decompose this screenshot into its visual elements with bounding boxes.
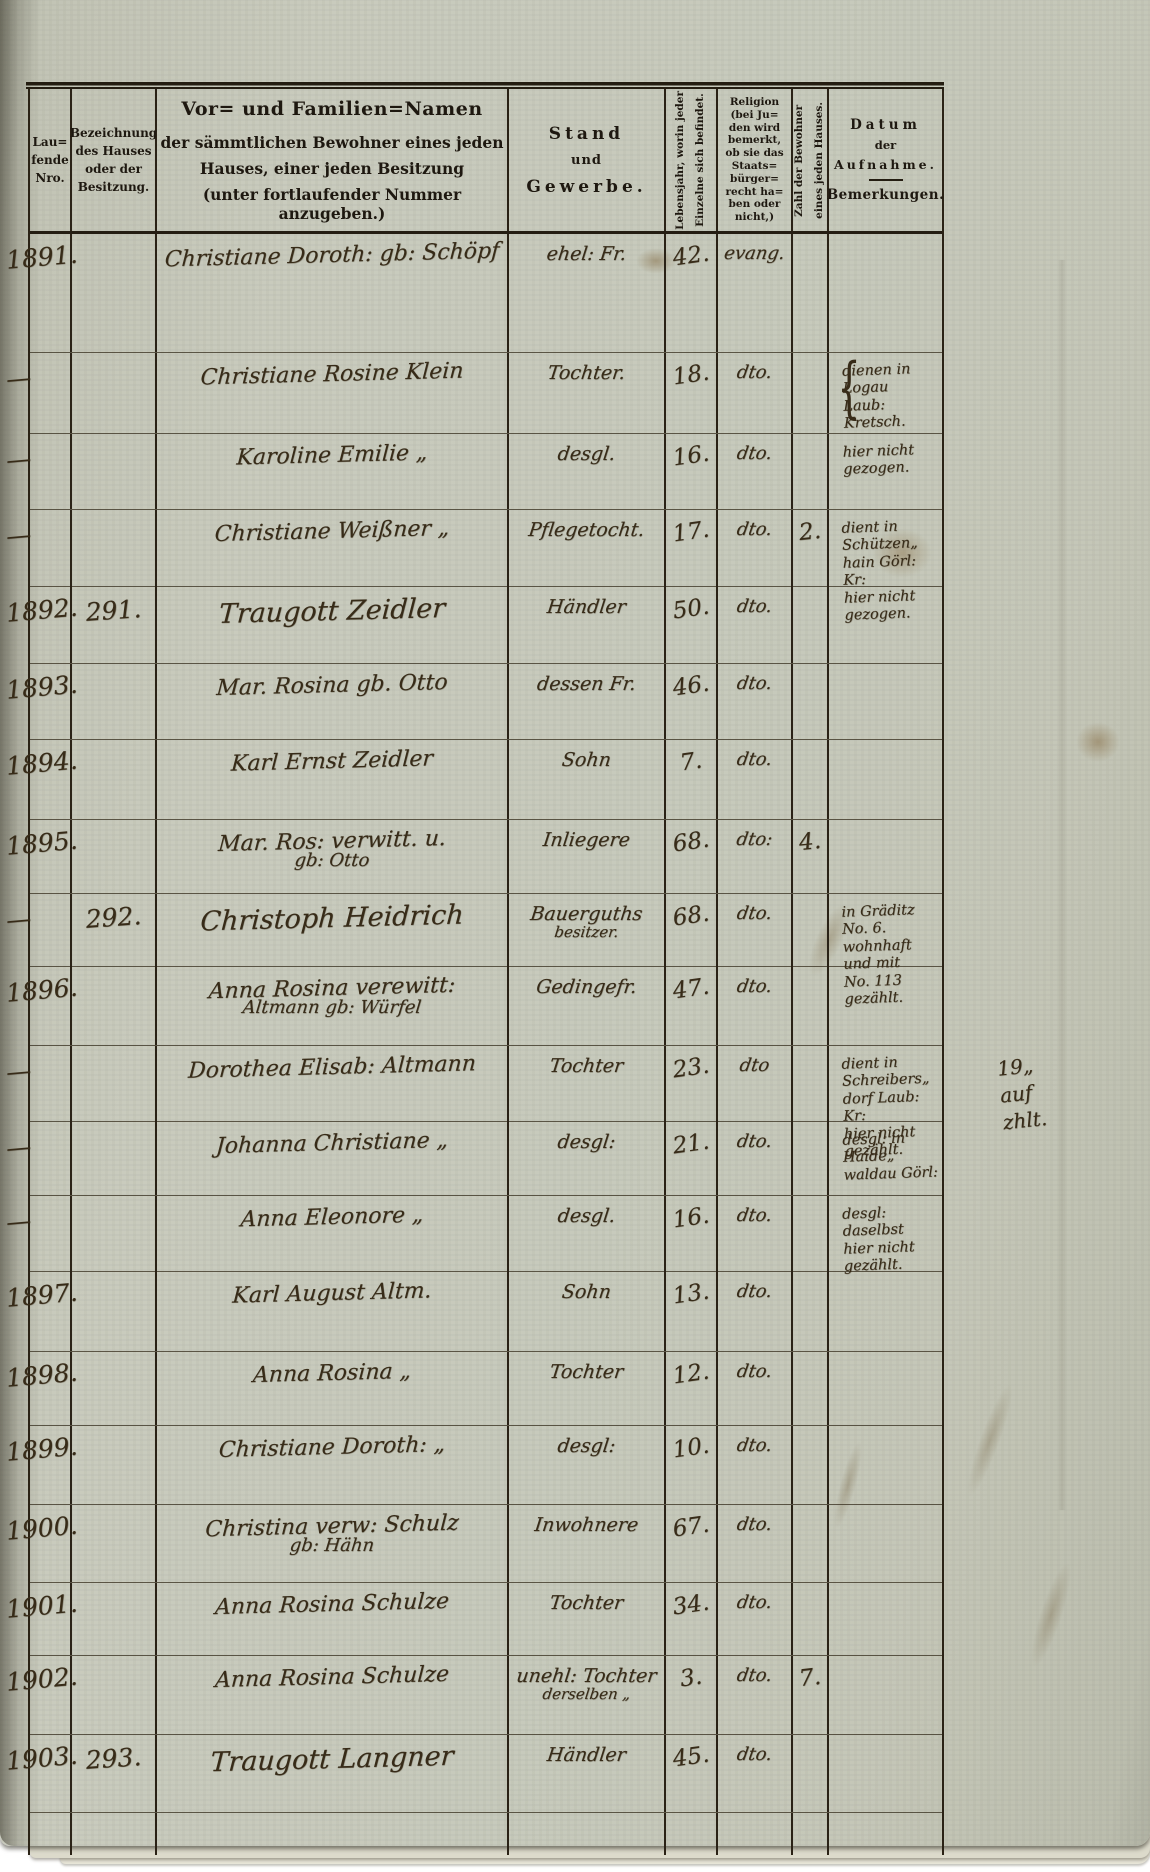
resident-name: Karl Ernst Zeidler (156, 744, 507, 778)
age-cell: 46. (666, 664, 718, 739)
name-cell: Christiane Rosine Klein (157, 353, 509, 433)
name-cell: Christiane Doroth: gb: Schöpf (157, 234, 509, 352)
header-divider (869, 179, 903, 181)
laufende-nro-cell: 1898. (30, 1352, 72, 1425)
religion-cell: dto. (718, 1735, 793, 1812)
house-number: 293. (71, 1741, 156, 1776)
header-religion-label: Religion (bei Ju= den wird bemerkt, ob s… (725, 96, 783, 224)
house-nro-cell (72, 1196, 157, 1275)
laufende-nro-cell: 1892. (30, 587, 72, 663)
laufende-number: — (5, 1202, 71, 1236)
house-nro-cell (72, 1583, 157, 1655)
laufende-number: 1900. (5, 1511, 71, 1545)
name-cell: Karoline Emilie „ (157, 434, 509, 509)
remarks-cell (829, 1505, 942, 1582)
house-number (72, 440, 155, 446)
remark-text (843, 1663, 942, 1666)
stand-cell: Tochter (509, 1352, 666, 1425)
house-number (72, 670, 155, 676)
occupation: Pflegetocht. (508, 519, 666, 541)
stand-cell: Sohn (509, 740, 666, 819)
religion-cell: dto. (718, 1426, 793, 1504)
remark-text (843, 241, 942, 244)
inhabitant-count: 2. (792, 517, 829, 546)
occupation: Bauerguths (508, 903, 666, 925)
laufende-number: — (5, 440, 71, 474)
inhabitant-count (793, 1820, 827, 1824)
religion-cell: dto: (718, 820, 793, 893)
age-value: 18. (664, 359, 717, 392)
stand-cell: Inliegere (509, 820, 666, 893)
age-value: 16. (664, 440, 717, 473)
remark-text (843, 1742, 942, 1745)
house-nro-cell (72, 353, 157, 433)
laufende-nro-cell: 1901. (30, 1583, 72, 1655)
count-cell: 7. (793, 1656, 829, 1734)
laufende-nro-cell (30, 1813, 72, 1855)
age-cell: 42. (666, 234, 718, 352)
house-number (72, 973, 155, 979)
inhabitant-count (793, 1203, 827, 1207)
remarks-cell (829, 1426, 942, 1504)
occupation: Händler (508, 1744, 666, 1766)
occupation: Inwohnere (508, 1514, 666, 1536)
count-cell (793, 353, 829, 433)
laufende-number: 1902. (5, 1662, 71, 1696)
header-stand-gewerbe: Stand und Gewerbe. (509, 89, 666, 231)
remark-text: hier nicht gezogen. (842, 441, 942, 479)
count-cell (793, 740, 829, 819)
count-cell (793, 1813, 829, 1855)
house-number (72, 1819, 155, 1825)
occupation: Gedingefr. (508, 976, 666, 998)
laufende-nro-cell: — (30, 1122, 72, 1195)
laufende-nro-cell: 1899. (30, 1426, 72, 1504)
remarks-cell (829, 1583, 942, 1655)
name-cell: Anna Rosina Schulze (157, 1656, 509, 1734)
laufende-number: 1898. (5, 1358, 71, 1392)
paper-crease (1058, 260, 1066, 1510)
register-row: 1891. Christiane Doroth: gb: Schöpf ehel… (30, 234, 942, 353)
register-row: 1893. Mar. Rosina gb. Otto dessen Fr. 46… (30, 664, 942, 740)
remarks-cell (829, 1352, 942, 1425)
age-value: 42. (664, 240, 717, 273)
house-number (72, 359, 155, 365)
occupation: Tochter (508, 1592, 666, 1614)
name-cell (157, 1813, 509, 1855)
house-number (72, 1662, 155, 1668)
stand-cell: Sohn (509, 1272, 666, 1351)
stand-cell: unehl: Tochter derselben „ (509, 1656, 666, 1734)
age-value: 45. (664, 1741, 717, 1774)
header-stand-word: Stand (549, 124, 624, 144)
header-lebensjahr-label: Lebensjahr, worin jeder Einzelne sich be… (671, 91, 711, 230)
register-row: — Karoline Emilie „ desgl. 16. dto. hier (30, 434, 942, 510)
laufende-number: 1897. (5, 1278, 71, 1312)
register-row: 1897. Karl August Altm. Sohn 13. dto. (30, 1272, 942, 1352)
religion-value: dto: (716, 829, 792, 850)
laufende-number: 1901. (5, 1589, 71, 1623)
remark-text: desgl: in Haide„ waldau Görl: (842, 1129, 943, 1185)
occupation: desgl. (508, 1205, 666, 1227)
resident-name: Traugott Zeidler (156, 591, 508, 631)
count-cell (793, 234, 829, 352)
house-number (72, 1511, 155, 1517)
remarks-cell (829, 1272, 942, 1351)
occupation-line2: besitzer. (508, 923, 665, 941)
house-nro-cell (72, 967, 157, 1045)
laufende-nro-cell: 1893. (30, 664, 72, 739)
house-number (72, 1358, 155, 1364)
laufende-nro-cell: 1902. (30, 1656, 72, 1734)
name-cell: Karl August Altm. (157, 1272, 509, 1351)
count-cell (793, 1196, 829, 1275)
age-cell: 45. (666, 1735, 718, 1812)
laufende-nro-cell: 1894. (30, 740, 72, 819)
occupation: desgl: (508, 1435, 666, 1457)
header-aufnahme-word: Aufnahme. (834, 157, 937, 172)
age-cell: 3. (666, 1656, 718, 1734)
occupation: Tochter. (508, 362, 666, 384)
religion-value: dto. (716, 1131, 792, 1152)
laufende-nro-cell: — (30, 1196, 72, 1275)
header-namen-sub1: der sämmtlichen Bewohner eines jeden (160, 133, 503, 152)
scanned-register-page: Lau= fende Nro. Bezeichnung des Hauses o… (0, 0, 1150, 1872)
religion-value: dto. (716, 1514, 792, 1535)
age-value: 47. (664, 973, 717, 1006)
register-row: 1894. Karl Ernst Zeidler Sohn 7. dto. (30, 740, 942, 820)
remarks-cell (829, 234, 942, 352)
name-cell: Traugott Zeidler (157, 587, 509, 663)
age-value: 46. (664, 670, 717, 703)
header-der-word: der (875, 138, 896, 152)
house-nro-cell (72, 664, 157, 739)
house-nro-cell (72, 1505, 157, 1582)
remark-text (843, 1820, 942, 1823)
age-value: 12. (664, 1358, 717, 1391)
house-number (72, 1589, 155, 1595)
table-top-double-rule (26, 82, 944, 89)
house-nro-cell (72, 1352, 157, 1425)
header-laufende-nro: Lau= fende Nro. (30, 89, 72, 231)
resident-name: Anna Rosina Schulze (156, 1660, 507, 1694)
occupation: Sohn (508, 1281, 666, 1303)
remark-text (843, 1359, 942, 1362)
religion-value: dto. (716, 1592, 792, 1613)
count-cell (793, 434, 829, 509)
house-number (72, 1052, 155, 1058)
register-row: — Dorothea Elisab: Altmann Tochter 23. d… (30, 1046, 942, 1122)
house-nro-cell (72, 1272, 157, 1351)
name-cell: Christiane Doroth: „ (157, 1426, 509, 1504)
register-row: 1901. Anna Rosina Schulze Tochter 34. dt… (30, 1583, 942, 1656)
inhabitant-count (793, 747, 827, 751)
occupation: desgl: (508, 1131, 666, 1153)
remark-text (843, 827, 942, 830)
age-value: 3. (664, 1662, 717, 1695)
brace-mark: { (837, 355, 860, 421)
register-rows: 1891. Christiane Doroth: gb: Schöpf ehel… (30, 234, 942, 1855)
inhabitant-count: 4. (792, 827, 829, 856)
age-value: 17. (664, 516, 717, 549)
inhabitant-count (793, 901, 827, 905)
remarks-cell (829, 1735, 942, 1812)
remarks-cell: hier nicht gezogen. (829, 434, 942, 509)
age-value: 68. (664, 900, 717, 933)
resident-name: Anna Rosina „ (156, 1356, 507, 1390)
count-cell (793, 664, 829, 739)
religion-value: dto. (716, 362, 792, 383)
inhabitant-count (793, 1053, 827, 1057)
laufende-number: 1895. (5, 826, 71, 860)
remark-text (843, 1433, 942, 1436)
age-cell: 50. (666, 587, 718, 663)
register-row: 1902. Anna Rosina Schulze unehl: Tochter… (30, 1656, 942, 1735)
remarks-cell (829, 1813, 942, 1855)
inhabitant-count (793, 1359, 827, 1363)
house-nro-cell (72, 1656, 157, 1734)
occupation-line2: derselben „ (508, 1685, 665, 1703)
religion-value: dto. (716, 673, 792, 694)
resident-name: Dorothea Elisab: Altmann (156, 1050, 507, 1084)
resident-name: Christoph Heidrich (156, 898, 508, 938)
house-number (72, 1202, 155, 1208)
age-cell: 21. (666, 1122, 718, 1195)
header-religion: Religion (bei Ju= den wird bemerkt, ob s… (718, 89, 793, 231)
house-number (72, 1128, 155, 1134)
name-cell: Mar. Ros: verwitt. u. gb: Otto (157, 820, 509, 893)
count-cell (793, 1505, 829, 1582)
laufende-nro-cell: 1897. (30, 1272, 72, 1351)
resident-name: Karoline Emilie „ (156, 438, 507, 472)
inhabitant-count (793, 360, 827, 364)
name-cell: Anna Rosina verewitt: Altmann gb: Würfel (157, 967, 509, 1045)
header-namen-sub2: Hauses, einer jeden Besitzung (200, 159, 464, 178)
house-nro-cell (72, 1813, 157, 1855)
resident-name-line2: gb: Hähn (156, 1535, 508, 1556)
laufende-number: 1899. (5, 1432, 71, 1466)
occupation: unehl: Tochter (508, 1665, 666, 1687)
count-cell (793, 1352, 829, 1425)
header-laufende-label: Lau= fende Nro. (31, 133, 69, 187)
inhabitant-count: 7. (792, 1663, 829, 1692)
stand-cell: Inwohnere (509, 1505, 666, 1582)
stand-cell: dessen Fr. (509, 664, 666, 739)
laufende-nro-cell: — (30, 434, 72, 509)
religion-value: dto (716, 1055, 792, 1076)
house-number (72, 1432, 155, 1438)
census-register-table: Lau= fende Nro. Bezeichnung des Hauses o… (28, 89, 944, 1855)
name-cell: Christina verw: Schulz gb: Hähn (157, 1505, 509, 1582)
stand-cell: desgl: (509, 1122, 666, 1195)
religion-value: dto. (716, 443, 792, 464)
resident-name: Christiane Doroth: „ (156, 1430, 507, 1464)
religion-value: evang. (716, 243, 792, 264)
religion-cell: dto. (718, 1122, 793, 1195)
remarks-cell: { dienen in Logau Laub: Kretsch. (829, 353, 942, 433)
header-hausbezeichnung: Bezeichnung des Hauses oder der Besitzun… (72, 89, 157, 231)
remarks-cell (829, 967, 942, 1045)
age-value: 67. (664, 1511, 717, 1544)
age-value: 21. (664, 1128, 717, 1161)
occupation: Tochter (508, 1361, 666, 1383)
laufende-nro-cell: 1903. (30, 1735, 72, 1812)
inhabitant-count (793, 241, 827, 245)
stand-cell: Tochter. (509, 353, 666, 433)
remark-text (843, 974, 942, 977)
house-number (72, 826, 155, 832)
remark-text (843, 594, 942, 597)
age-value: 23. (664, 1052, 717, 1085)
occupation: desgl. (508, 443, 666, 465)
occupation: Tochter (508, 1055, 666, 1077)
inhabitant-count (793, 1279, 827, 1283)
religion-value: dto. (716, 903, 792, 924)
laufende-number: 1896. (5, 973, 71, 1007)
remark-text (843, 671, 942, 674)
stand-cell: desgl: (509, 1426, 666, 1504)
header-bemerkungen-label: Bemerkungen. (827, 187, 945, 203)
religion-value: dto. (716, 1435, 792, 1456)
age-value (666, 1819, 716, 1826)
register-row: — Christiane Rosine Klein Tochter. 18. d… (30, 353, 942, 434)
register-row: 1900. Christina verw: Schulz gb: Hähn In… (30, 1505, 942, 1583)
count-cell (793, 1122, 829, 1195)
resident-name: Christiane Doroth: gb: Schöpf (156, 238, 507, 272)
house-number (72, 240, 155, 246)
religion-cell: dto. (718, 967, 793, 1045)
religion-cell: dto. (718, 587, 793, 663)
register-row: 1899. Christiane Doroth: „ desgl: 10. dt… (30, 1426, 942, 1505)
religion-value: dto. (716, 1281, 792, 1302)
laufende-nro-cell: 1895. (30, 820, 72, 893)
header-gewerbe-word: Gewerbe. (526, 177, 646, 197)
remarks-cell (829, 820, 942, 893)
laufende-number: — (5, 359, 71, 393)
age-value: 7. (664, 746, 717, 779)
resident-name: Karl August Altm. (156, 1276, 507, 1310)
laufende-number: — (5, 1052, 71, 1086)
header-namen: Vor= und Familien=Namen der sämmtlichen … (157, 89, 509, 231)
house-number (72, 516, 155, 522)
count-cell (793, 1583, 829, 1655)
religion-cell: dto. (718, 740, 793, 819)
religion-cell: dto. (718, 353, 793, 433)
age-value: 50. (664, 593, 717, 626)
name-cell: Anna Eleonore „ (157, 1196, 509, 1275)
laufende-nro-cell: — (30, 353, 72, 433)
stand-cell (509, 1813, 666, 1855)
register-row: — Christiane Weißner „ Pflegetocht. 17. … (30, 510, 942, 587)
religion-value: dto. (716, 976, 792, 997)
inhabitant-count (793, 1129, 827, 1133)
stand-cell: Gedingefr. (509, 967, 666, 1045)
stand-cell: Tochter (509, 1583, 666, 1655)
house-nro-cell (72, 434, 157, 509)
laufende-number: 1894. (5, 746, 71, 780)
religion-value: dto. (716, 1744, 792, 1765)
inhabitant-count (793, 594, 827, 598)
occupation: ehel: Fr. (508, 243, 666, 265)
inhabitant-count (793, 1433, 827, 1437)
religion-value: dto. (716, 519, 792, 540)
name-cell: Johanna Christiane „ (157, 1122, 509, 1195)
laufende-number: 1892. (5, 593, 71, 627)
name-cell: Anna Rosina „ (157, 1352, 509, 1425)
age-cell: 34. (666, 1583, 718, 1655)
occupation: Händler (508, 596, 666, 618)
house-nro-cell (72, 740, 157, 819)
age-cell: 13. (666, 1272, 718, 1351)
resident-name: Mar. Rosina gb. Otto (156, 668, 507, 702)
religion-value: dto. (716, 1361, 792, 1382)
header-namen-title: Vor= und Familien=Namen (181, 98, 482, 120)
resident-name: Christiane Rosine Klein (156, 357, 507, 391)
house-nro-cell: 293. (72, 1735, 157, 1812)
religion-cell: dto. (718, 1352, 793, 1425)
remark-text: desgl: daselbst hier nicht gezählt. (842, 1203, 943, 1276)
stand-cell: Händler (509, 587, 666, 663)
remarks-cell (829, 587, 942, 663)
remark-text (843, 1590, 942, 1593)
register-row: 1898. Anna Rosina „ Tochter 12. dto. (30, 1352, 942, 1426)
name-cell: Traugott Langner (157, 1735, 509, 1812)
header-datum-bemerkungen: Datum der Aufnahme. Bemerkungen. (829, 89, 942, 231)
house-number (72, 1278, 155, 1284)
age-cell: 67. (666, 1505, 718, 1582)
religion-value: dto. (716, 1205, 792, 1226)
count-cell (793, 1426, 829, 1504)
laufende-number: 1891. (5, 240, 71, 274)
age-value: 34. (664, 1589, 717, 1622)
count-cell (793, 967, 829, 1045)
inhabitant-count (793, 441, 827, 445)
name-cell: Karl Ernst Zeidler (157, 740, 509, 819)
resident-name: Johanna Christiane „ (156, 1126, 507, 1160)
laufende-number: — (5, 900, 71, 934)
age-value: 16. (664, 1202, 717, 1235)
age-cell: 16. (666, 1196, 718, 1275)
name-cell: Mar. Rosina gb. Otto (157, 664, 509, 739)
religion-cell: dto. (718, 1583, 793, 1655)
house-number: 291. (71, 593, 156, 628)
age-value: 68. (664, 826, 717, 859)
register-row: 1896. Anna Rosina verewitt: Altmann gb: … (30, 967, 942, 1046)
inhabitant-count (793, 1590, 827, 1594)
resident-name: Anna Rosina Schulze (156, 1587, 507, 1621)
religion-cell: dto. (718, 1196, 793, 1275)
stand-cell: ehel: Fr. (509, 234, 666, 352)
resident-name: Christiane Weißner „ (156, 514, 507, 548)
religion-value: dto. (716, 749, 792, 770)
table-header-row: Lau= fende Nro. Bezeichnung des Hauses o… (30, 89, 942, 234)
header-lebensjahr: Lebensjahr, worin jeder Einzelne sich be… (666, 89, 718, 231)
house-number (72, 746, 155, 752)
count-cell (793, 587, 829, 663)
inhabitant-count (793, 1512, 827, 1516)
remarks-cell (829, 740, 942, 819)
house-nro-cell: 291. (72, 587, 157, 663)
laufende-number: 1903. (5, 1741, 71, 1775)
header-bezeichnung-label: Bezeichnung des Hauses oder der Besitzun… (70, 124, 157, 196)
count-cell (793, 1735, 829, 1812)
register-row: 1895. Mar. Ros: verwitt. u. gb: Otto Inl… (30, 820, 942, 894)
remark-text (843, 747, 942, 750)
name-cell: Anna Rosina Schulze (157, 1583, 509, 1655)
house-nro-cell (72, 820, 157, 893)
laufende-number: — (5, 516, 71, 550)
laufende-nro-cell: 1891. (30, 234, 72, 352)
